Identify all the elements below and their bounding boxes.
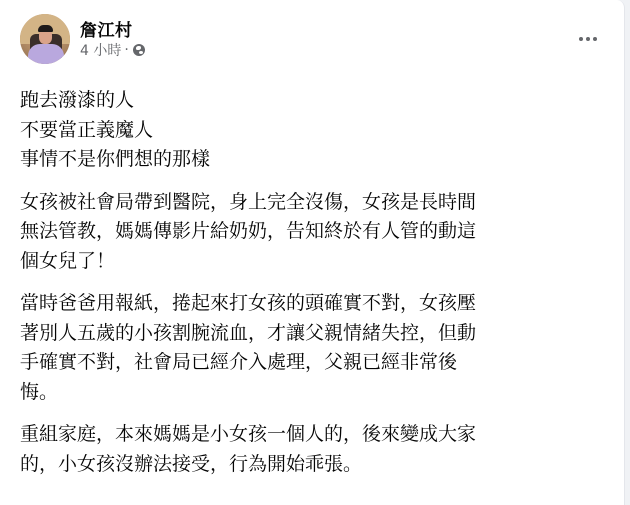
author-name[interactable]: 詹江村 — [80, 16, 133, 41]
avatar-body — [28, 44, 64, 64]
meta-separator: · — [124, 42, 128, 58]
post-meta: 4 小時 · — [80, 40, 145, 60]
post-line: 跑去潑漆的人 — [20, 86, 610, 116]
post-timestamp[interactable]: 4 小時 — [80, 40, 121, 60]
post-header: 詹江村 4 小時 · — [20, 14, 610, 64]
post-line: 個女兒了！ — [20, 247, 610, 277]
more-horizontal-icon-dot — [586, 37, 590, 41]
post-line: 女孩被社會局帶到醫院，身上完全沒傷，女孩是長時間 — [20, 188, 610, 218]
post-body: 跑去潑漆的人 不要當正義魔人 事情不是你們想的那樣 女孩被社會局帶到醫院，身上完… — [20, 86, 610, 492]
post-line: 悔。 — [20, 378, 610, 408]
post-paragraph: 當時爸爸用報紙，捲起來打女孩的頭確實不對，女孩壓 著別人五歲的小孩割腕流血，才讓… — [20, 289, 610, 407]
post-line: 的，小女孩沒辦法接受，行為開始乖張。 — [20, 450, 610, 480]
avatar-hair — [38, 25, 53, 32]
post-paragraph: 女孩被社會局帶到醫院，身上完全沒傷，女孩是長時間 無法管教，媽媽傳影片給奶奶，告… — [20, 188, 610, 277]
more-horizontal-icon-dot — [593, 37, 597, 41]
post-card: 詹江村 4 小時 · 跑去潑漆的人 不要當正義魔人 事情不是你們想的那樣 女孩被… — [0, 0, 625, 505]
post-line: 手確實不對，社會局已經介入處理，父親已經非常後 — [20, 348, 610, 378]
more-options-button[interactable] — [574, 32, 602, 46]
post-line: 重組家庭，本來媽媽是小女孩一個人的，後來變成大家 — [20, 420, 610, 450]
globe-icon[interactable] — [133, 44, 145, 56]
post-line: 著別人五歲的小孩割腕流血，才讓父親情緒失控，但動 — [20, 319, 610, 349]
post-line: 事情不是你們想的那樣 — [20, 145, 610, 175]
post-line: 無法管教，媽媽傳影片給奶奶，告知終於有人管的動這 — [20, 217, 610, 247]
author-avatar[interactable] — [20, 14, 70, 64]
more-horizontal-icon-dot — [579, 37, 583, 41]
post-paragraph: 跑去潑漆的人 不要當正義魔人 事情不是你們想的那樣 — [20, 86, 610, 175]
post-paragraph: 重組家庭，本來媽媽是小女孩一個人的，後來變成大家 的，小女孩沒辦法接受，行為開始… — [20, 420, 610, 479]
post-line: 當時爸爸用報紙，捲起來打女孩的頭確實不對，女孩壓 — [20, 289, 610, 319]
post-line: 不要當正義魔人 — [20, 116, 610, 146]
